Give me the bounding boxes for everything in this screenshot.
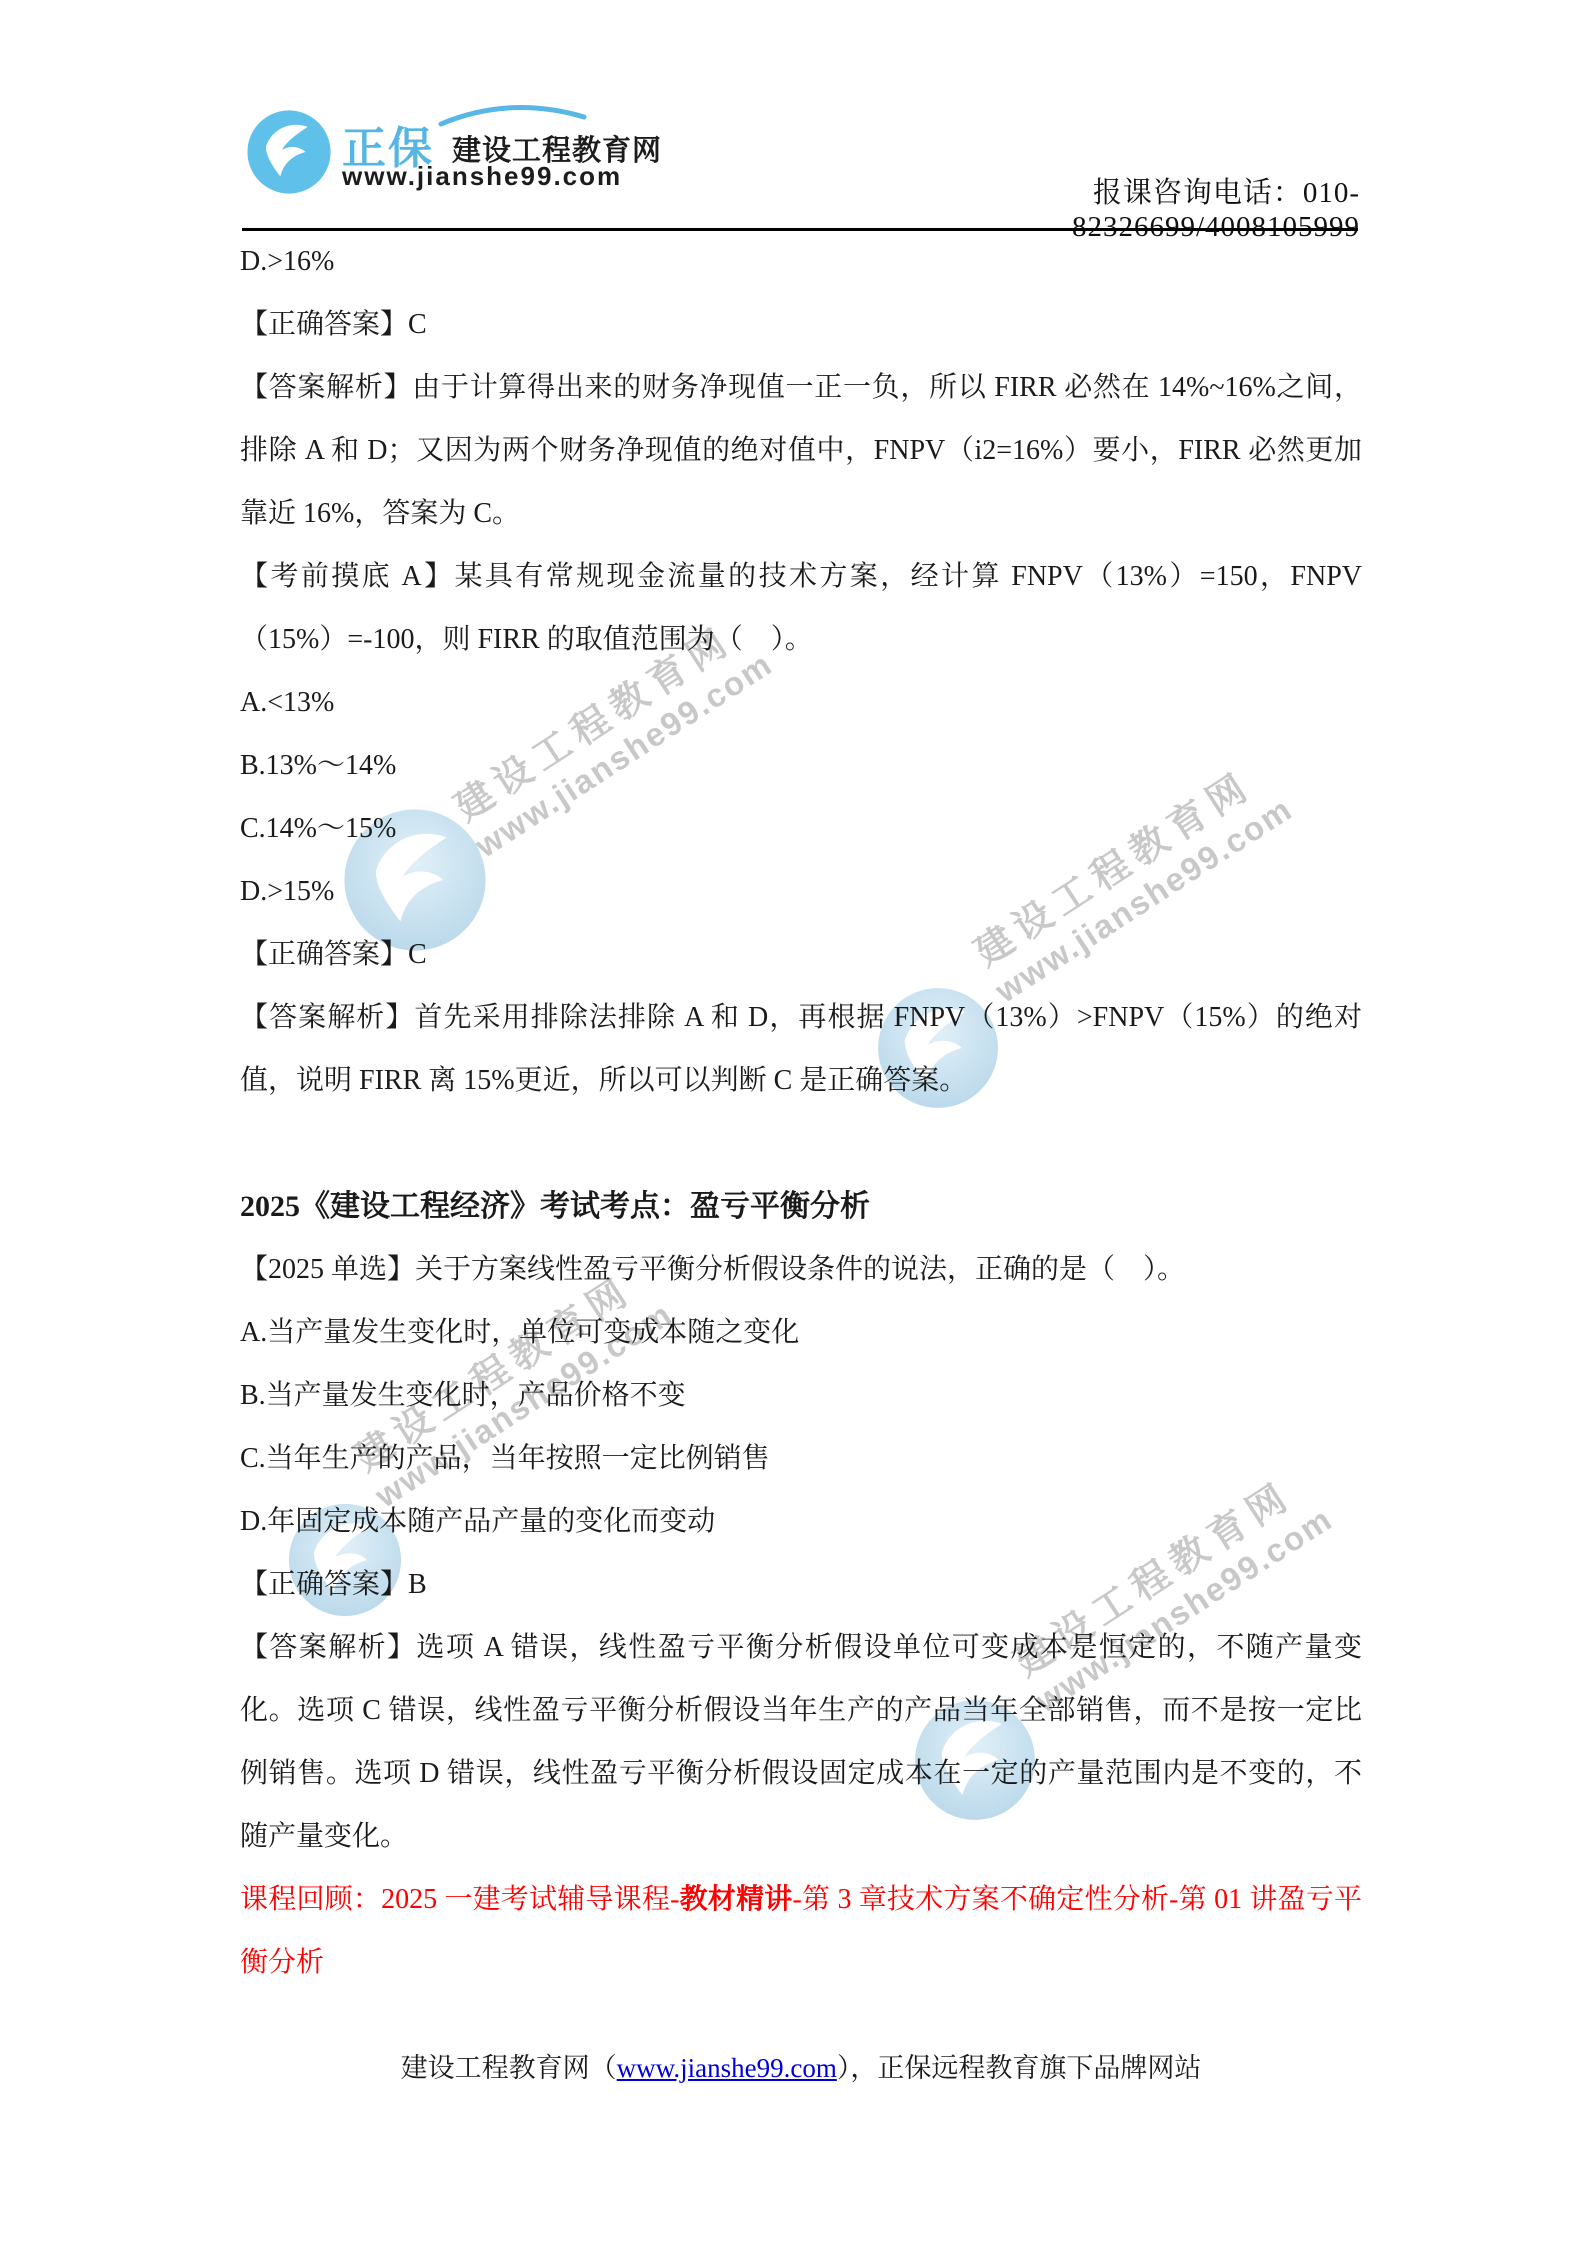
option-d-2025: D.年固定成本随产品产量的变化而变动 <box>240 1490 1362 1553</box>
question-2025-single: 【2025 单选】关于方案线性盈亏平衡分析假设条件的说法，正确的是（ ）。 <box>240 1238 1362 1301</box>
answer-analysis-2: 【答案解析】首先采用排除法排除 A 和 D，再根据 FNPV（13%）>FNPV… <box>240 986 1362 1112</box>
option-c-2025: C.当年生产的产品，当年按照一定比例销售 <box>240 1427 1362 1490</box>
page-footer: 建设工程教育网（www.jianshe99.com），正保远程教育旗下品牌网站 <box>240 2046 1362 2085</box>
option-a-2025: A.当产量发生变化时，单位可变成本随之变化 <box>240 1301 1362 1364</box>
option-d-pretest: D.>15% <box>240 860 1362 923</box>
footer-text-pre: 建设工程教育网（ <box>401 2053 617 2083</box>
section-title: 2025《建设工程经济》考试考点：盈亏平衡分析 <box>240 1175 1362 1238</box>
question-pretest-a: 【考前摸底 A】某具有常规现金流量的技术方案，经计算 FNPV（13%）=150… <box>240 545 1362 671</box>
option-c-pretest: C.14%～15% <box>240 797 1362 860</box>
option-b-2025: B.当产量发生变化时，产品价格不变 <box>240 1364 1362 1427</box>
footer-site-link[interactable]: www.jianshe99.com <box>617 2053 837 2083</box>
course-review-pre: 课程回顾：2025 一建考试辅导课程- <box>240 1884 679 1915</box>
site-logo-icon <box>246 109 332 195</box>
correct-answer-1: 【正确答案】C <box>240 293 1362 356</box>
correct-answer-2: 【正确答案】C <box>240 923 1362 986</box>
logo-site-url: www.jianshe99.com <box>342 161 622 192</box>
correct-answer-3: 【正确答案】B <box>240 1553 1362 1616</box>
option-a-pretest: A.<13% <box>240 671 1362 734</box>
course-review-bold: 教材精讲 <box>679 1884 792 1915</box>
answer-analysis-1: 【答案解析】由于计算得出来的财务净现值一正一负，所以 FIRR 必然在 14%~… <box>240 356 1362 545</box>
option-b-pretest: B.13%～14% <box>240 734 1362 797</box>
logo-arc-decoration <box>438 99 588 127</box>
course-review: 课程回顾：2025 一建考试辅导课程-教材精讲-第 3 章技术方案不确定性分析-… <box>240 1868 1362 1994</box>
footer-text-post: ），正保远程教育旗下品牌网站 <box>837 2053 1202 2083</box>
document-body: D.>16% 【正确答案】C 【答案解析】由于计算得出来的财务净现值一正一负，所… <box>240 230 1362 1994</box>
document-page: 建设工程教育网 www.jianshe99.com 建设工程教育网 www.ji… <box>0 0 1587 2245</box>
option-d-previous: D.>16% <box>240 230 1362 293</box>
answer-analysis-3: 【答案解析】选项 A 错误，线性盈亏平衡分析假设单位可变成本是恒定的，不随产量变… <box>240 1616 1362 1868</box>
